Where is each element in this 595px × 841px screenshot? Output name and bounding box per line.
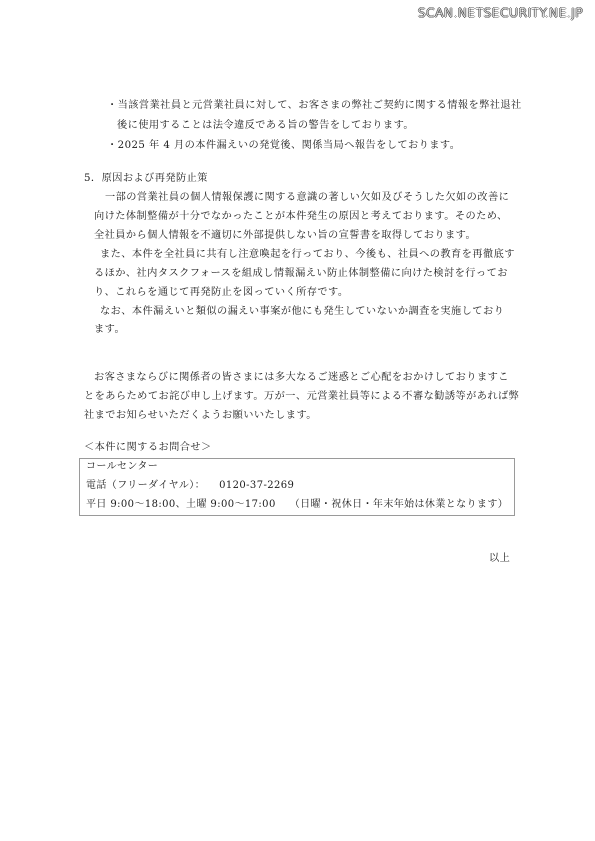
phone-number[interactable]: 0120-37-2269 <box>219 480 294 491</box>
paragraph-prevention-line-3: り、これらを通じて再発防止を図っていく所存です。 <box>94 286 348 300</box>
paragraph-investigation-line-1: なお、本件漏えいと類似の漏えい事案が他にも発生していないか調査を実施しており <box>100 305 504 319</box>
business-hours: 平日 9:00～18:00、土曜 9:00～17:00 <box>86 499 276 510</box>
paragraph-investigation-line-2: ます。 <box>94 323 125 337</box>
section-5-heading: 5．原因および再発防止策 <box>84 172 208 186</box>
paragraph-cause-line-2: 向けた体制整備が十分でなかったことが本件発生の原因と考えております。そのため、 <box>94 210 508 224</box>
phone-row: 電話（フリーダイヤル）：0120-37-2269 <box>86 479 294 493</box>
closing-mark: 以上 <box>489 552 510 566</box>
contact-heading: ＜本件に関するお問合せ＞ <box>84 441 212 455</box>
paragraph-prevention-line-2: るほか、社内タスクフォースを組成し情報漏えい防止体制整備に向けた検討を行ってお <box>94 267 508 281</box>
apology-line-1: お客さまならびに関係者の皆さまには多大なるご迷惑とご心配をおかけしておりますこ <box>94 371 509 385</box>
phone-label: 電話（フリーダイヤル）： <box>86 480 205 491</box>
contact-box: コールセンター 電話（フリーダイヤル）：0120-37-2269 平日 9:00… <box>79 458 515 516</box>
site-watermark: SCAN.NETSECURITY.NE.JP <box>418 5 583 20</box>
measure-bullet-1: ・当該営業社員と元営業社員に対して、お客さまの弊社ご契約に関する情報を弊社退社 <box>107 99 522 113</box>
paragraph-cause-line-3: 全社員から個人情報を不適切に外部提供しない旨の宣誓書を取得しております。 <box>94 229 476 243</box>
call-center-name: コールセンター <box>86 460 158 474</box>
apology-line-3: 社までお知らせいただくようお願いいたします。 <box>84 409 317 423</box>
hours-row: 平日 9:00～18:00、土曜 9:00～17:00（日曜・祝休日・年末年始は… <box>86 498 508 512</box>
closed-days-note: （日曜・祝休日・年末年始は休業となります） <box>290 499 508 510</box>
paragraph-cause-line-1: 一部の営業社員の個人情報保護に関する意識の著しい欠如及びそうした欠如の改善に <box>105 191 509 205</box>
apology-line-2: とをあらためてお詫び申し上げます。万が一、元営業社員等による不審な勧誘等があれば… <box>84 390 519 404</box>
measure-bullet-2: ・2025 年 4 月の本件漏えいの発覚後、関係当局へ報告をしております。 <box>107 139 460 153</box>
measure-bullet-1-cont: 後に使用することは法令違反である旨の警告をしております。 <box>117 119 414 133</box>
paragraph-prevention-line-1: また、本件を全社員に共有し注意喚起を行っており、今後も、社員への教育を再徹底す <box>100 248 515 262</box>
